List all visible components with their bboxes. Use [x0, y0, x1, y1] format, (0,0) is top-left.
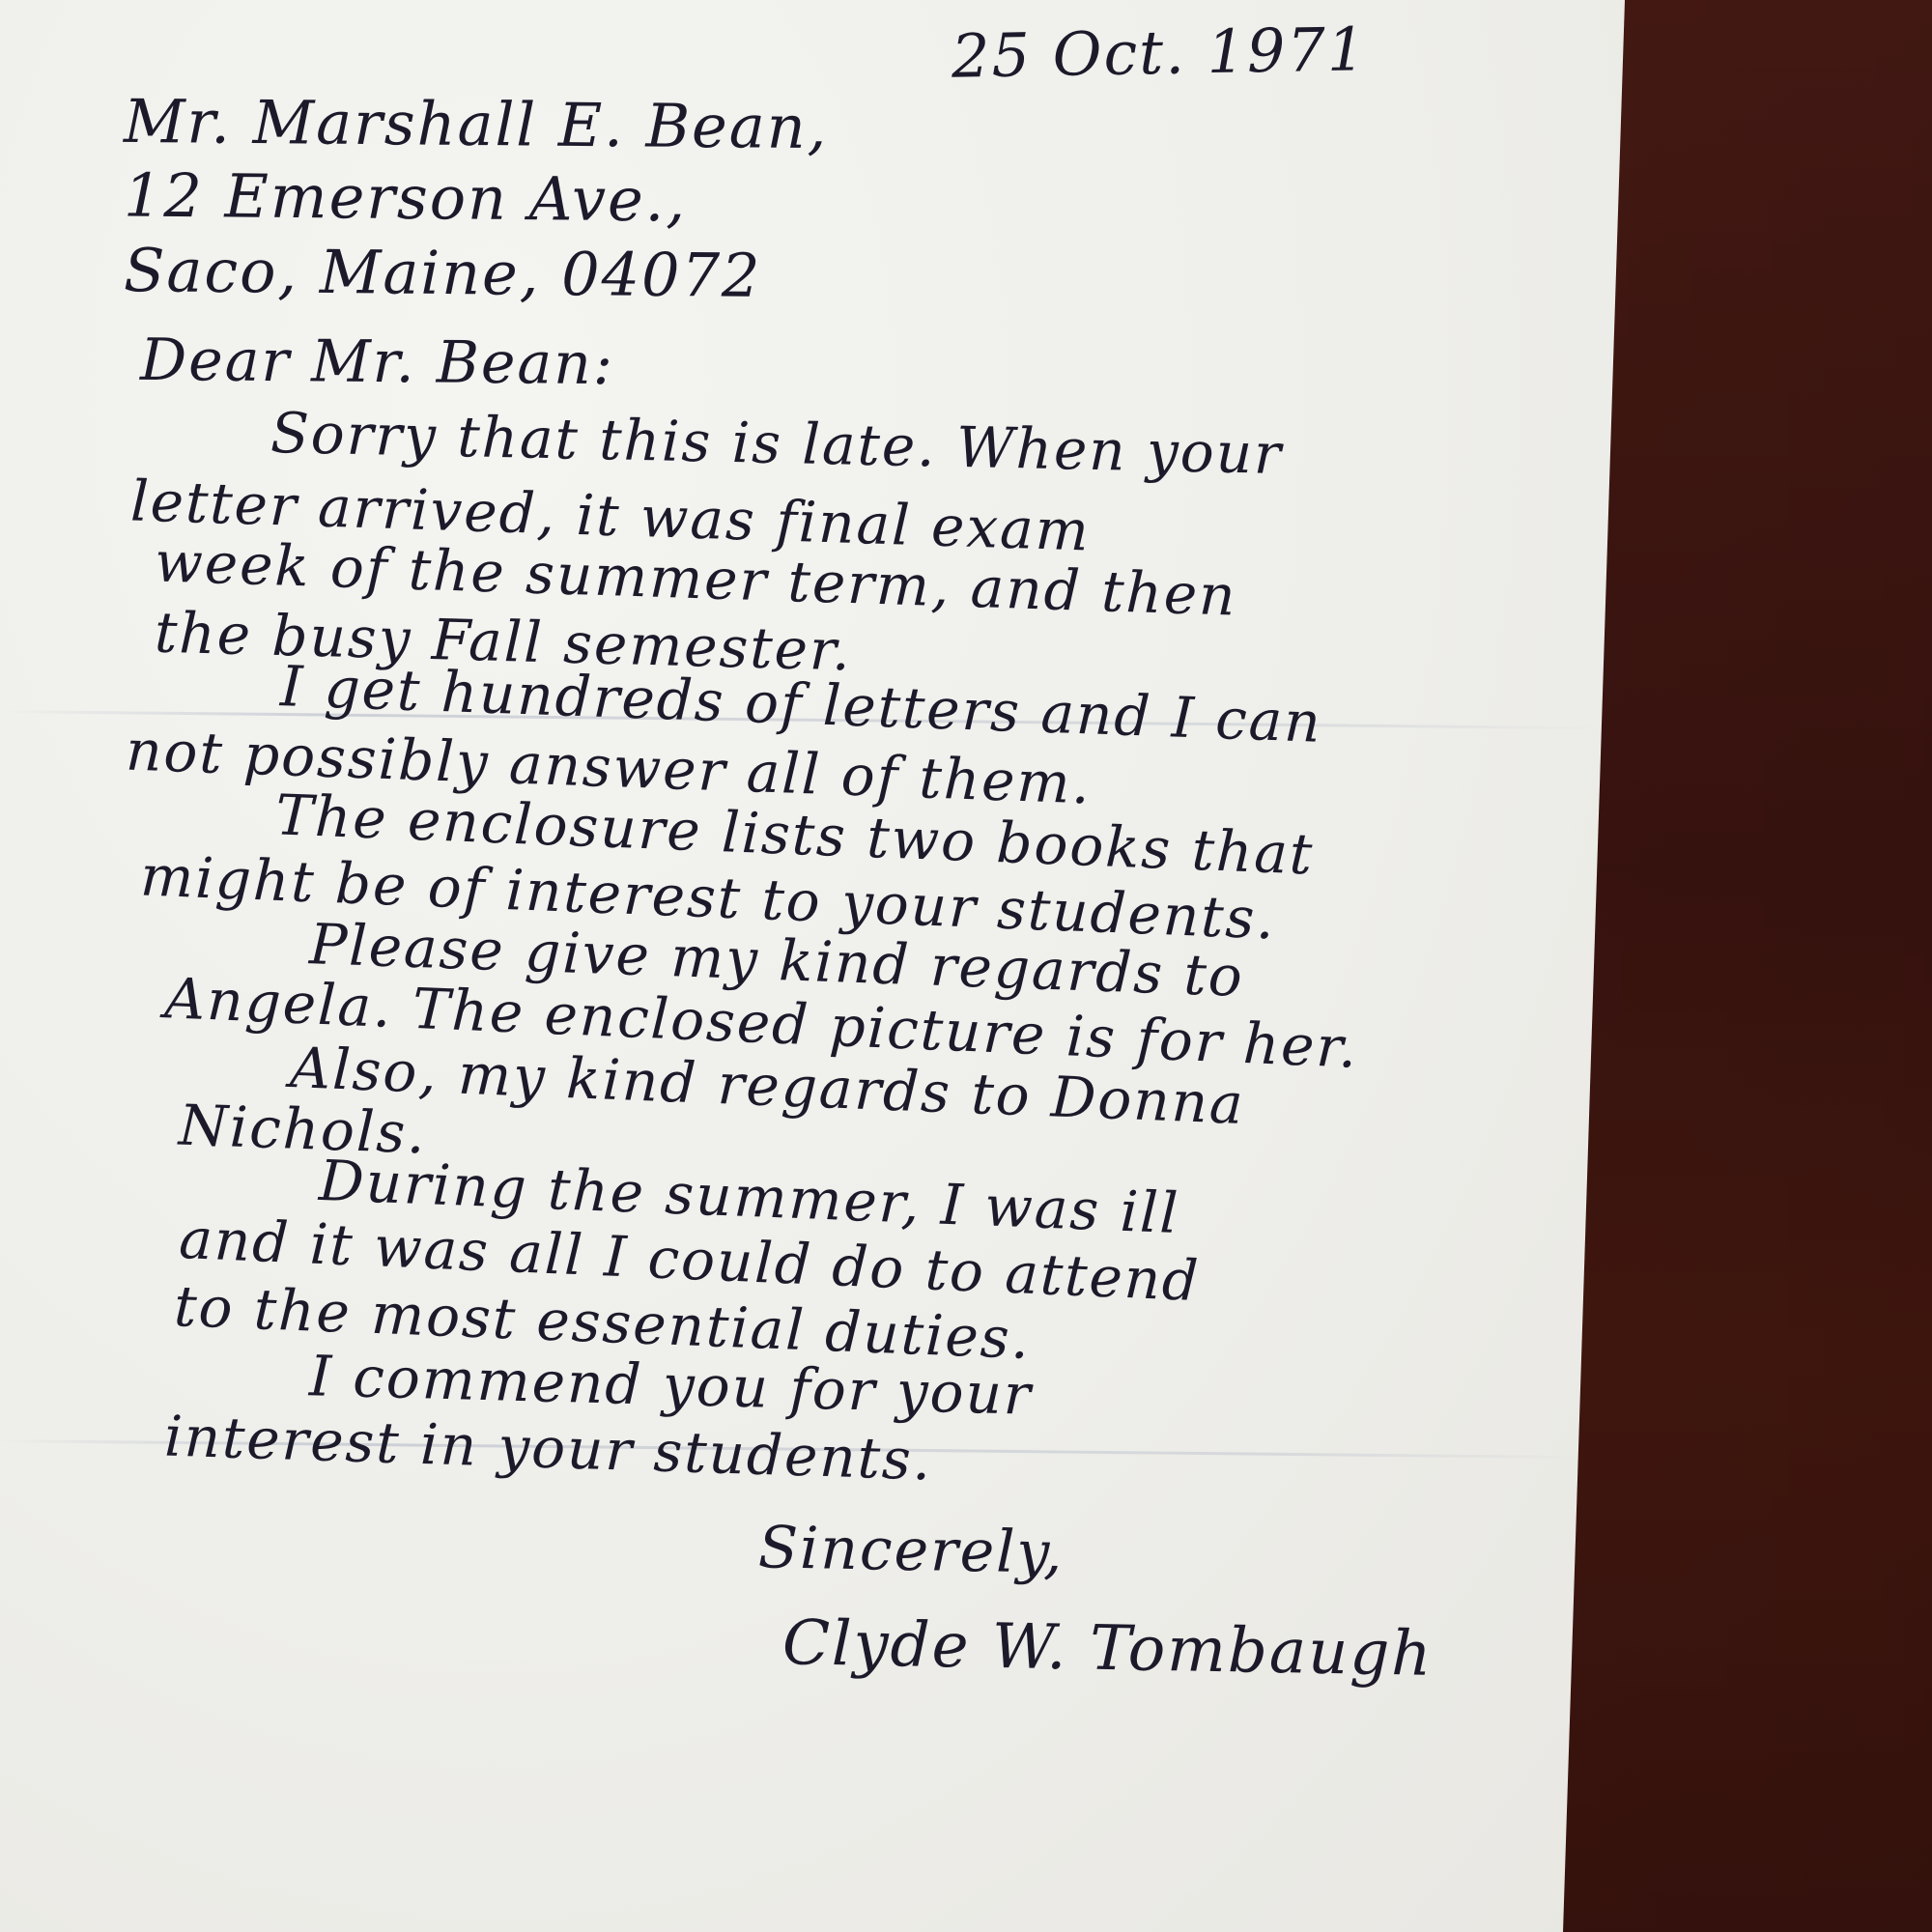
recipient-name: Mr. Marshall E. Bean,	[124, 86, 829, 162]
photo-scene: 25 Oct. 1971 Mr. Marshall E. Bean, 12 Em…	[0, 0, 1932, 1932]
body-line: Sorry that this is late. When your	[270, 400, 1283, 487]
letter-date: 25 Oct. 1971	[951, 14, 1367, 91]
signature: Clyde W. Tombaugh	[781, 1607, 1434, 1690]
recipient-city: Saco, Maine, 04072	[124, 235, 762, 311]
letter-paper: 25 Oct. 1971 Mr. Marshall E. Bean, 12 Em…	[0, 0, 1642, 1932]
salutation: Dear Mr. Bean:	[140, 327, 615, 398]
recipient-street: 12 Emerson Ave.,	[124, 159, 688, 235]
closing: Sincerely,	[757, 1514, 1065, 1587]
